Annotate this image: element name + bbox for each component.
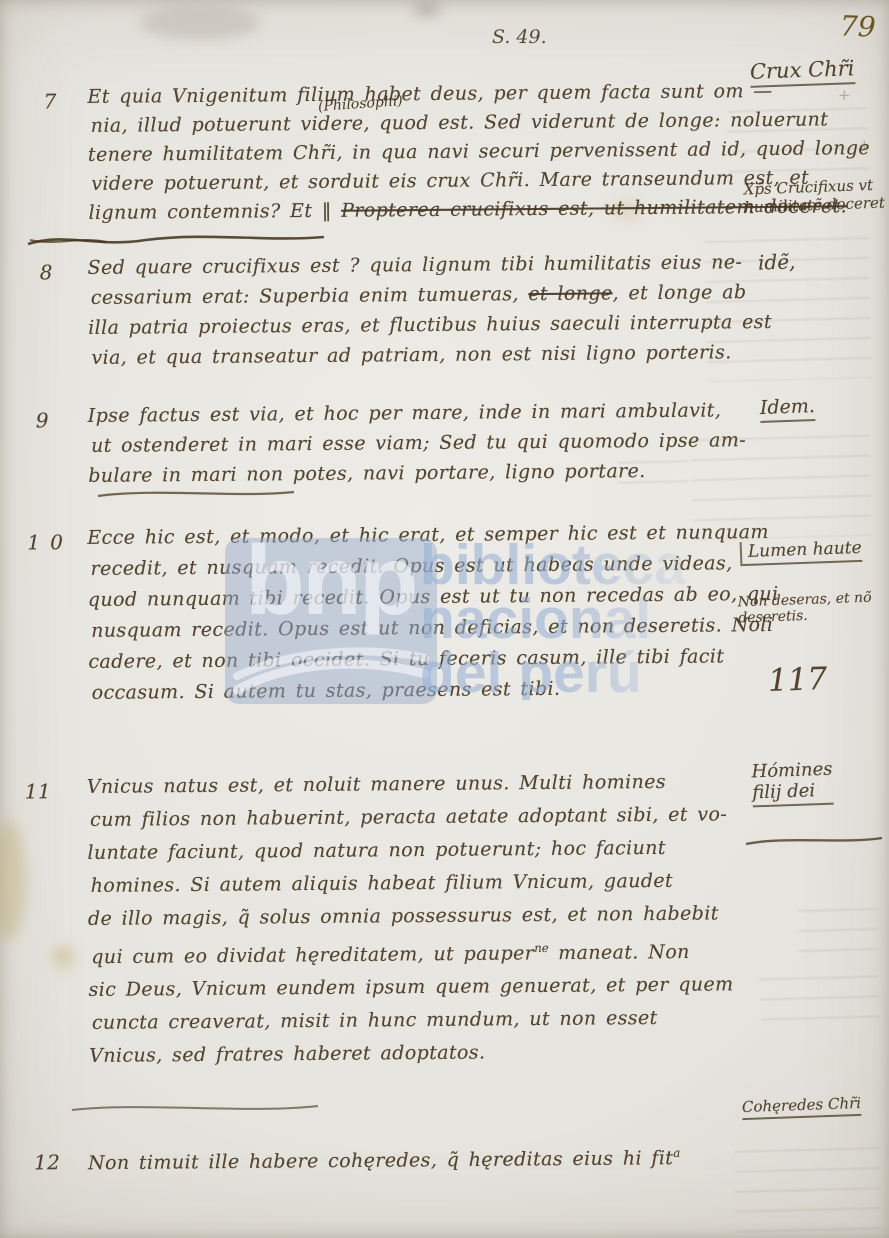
paragraph-number: 8 [40, 257, 53, 287]
margin-note-plus-mark: + [858, 136, 871, 154]
manuscript-line: sic Deus, Vnicum eundem ipsum quem genue… [88, 968, 760, 1007]
text-segment: de illo magis, q̃ solus omnia possessuru… [88, 902, 719, 930]
margin-note-non-deseras: Non deseras, et nõdeseretis. [737, 590, 872, 627]
text-segment: ut ostenderet in mari esse viam; Sed tu … [91, 429, 746, 457]
text-segment: a [673, 1146, 680, 1160]
text-segment: , et longe ab [613, 281, 747, 304]
margin-note-line: deseretis. [738, 606, 872, 627]
manuscript-scan: S. 49. 79 7Et quia Vnigenitum filium hab… [0, 0, 889, 1238]
bleedthrough-text [759, 966, 879, 1035]
margin-note-crux-christi: Crux Chr̃i [750, 56, 855, 88]
paragraph-7: 7Et quia Vnigenitum filium habet deus, p… [87, 77, 760, 228]
underline-flourish [96, 486, 296, 500]
paper-stain [414, 0, 440, 18]
text-segment: maneat. Non [549, 941, 690, 964]
section-heading: S. 49. [492, 26, 547, 48]
text-segment: bulare in mari non potes, navi portare, … [88, 460, 646, 487]
text-segment: Vnicus, sed fratres haberet adoptatos. [89, 1042, 485, 1067]
margin-note-lumen: Lumen haute [740, 538, 862, 566]
margin-note-line: humilitatẽ doceret [744, 194, 885, 217]
paragraph-8: 8Sed quare crucifixus est ? quia lignum … [87, 247, 760, 373]
bleedthrough-text [797, 899, 879, 963]
crossout-flourish [26, 230, 326, 250]
margin-note-idem-flourish: idẽ, [758, 249, 796, 274]
text-segment: sic Deus, Vnicum eundem ipsum quem genue… [89, 974, 734, 1002]
text-segment: Vnicus natus est, et noluit manere unus.… [87, 771, 666, 798]
margin-note-crucifixus: Xp̃s Crucifixus vthumilitatẽ doceret [743, 176, 885, 217]
text-segment: cessarium erat: Superbia enim tumueras, [91, 283, 529, 309]
struck-text: et longe [528, 282, 612, 305]
bnp-watermark: bnp biblioteca nacional del perú [225, 538, 705, 710]
text-segment: Sed quare crucifixus est ? quia lignum t… [88, 251, 743, 279]
paragraph-number: 11 [25, 775, 52, 808]
text-segment: cuncta creaverat, misit in hunc mundum, … [92, 1007, 658, 1034]
text-segment: tenere humilitatem Chr̃i, in qua navi se… [88, 137, 870, 166]
margin-note-line: Hómines [751, 759, 833, 783]
paragraph-number: 12 [34, 1147, 61, 1177]
paragraph-number: 1 0 [27, 527, 63, 558]
paragraph-number: 7 [43, 87, 56, 116]
paragraph-9: 9Ipse factus est via, et hoc per mare, i… [88, 395, 761, 491]
margin-note-number: 117 [767, 661, 827, 699]
bnp-swoosh-icon [231, 638, 431, 700]
text-segment: homines. Si autem aliquis habeat filium … [91, 870, 674, 897]
watermark-line: del perú [420, 646, 686, 700]
text-segment: illa patria proiectus eras, et fluctibus… [88, 311, 772, 339]
text-segment: videre potuerunt, et sorduit eis crux Ch… [91, 167, 809, 195]
watermark-line: biblioteca [420, 538, 686, 592]
manuscript-line: via, et qua transeatur ad patriam, non e… [91, 337, 760, 373]
text-segment: Non timuit ille habere cohęredes, q̃ hęr… [88, 1147, 673, 1174]
text-segment: nia, illud potuerunt videre, quod est. S… [91, 108, 829, 136]
text-segment: cum filios non habuerint, peracta aetate… [90, 803, 727, 831]
text-segment: via, et qua transeatur ad patriam, non e… [91, 341, 731, 369]
manuscript-line: Vnicus, sed fratres haberet adoptatos. [89, 1034, 761, 1073]
paper-stain [52, 946, 74, 968]
text-segment: luntate faciunt, quod natura non potueru… [87, 837, 666, 864]
paper-stain [0, 820, 26, 940]
text-segment: ne [534, 941, 549, 955]
manuscript-line: ut ostenderet in mari esse viam; Sed tu … [91, 425, 760, 461]
manuscript-line: lignum contemnis? Et ‖ Propterea crucifi… [88, 193, 760, 228]
margin-note-coheredes: Cohęredes Chr̃i [742, 1094, 862, 1120]
watermark-line: nacional [420, 592, 686, 646]
margin-note-plus-mark: + [838, 86, 851, 104]
underline-flourish [70, 1100, 320, 1116]
text-segment: lignum contemnis? Et ‖ [88, 200, 341, 224]
manuscript-line: Non timuit ille habere cohęredes, q̃ hęr… [88, 1137, 760, 1178]
margin-note-idem: Idem. [760, 395, 816, 423]
margin-note-line: filij dei [752, 780, 834, 804]
bnp-logo-text: bnp [245, 524, 416, 637]
paper-stain [140, 6, 260, 40]
underline-flourish [744, 832, 884, 848]
paragraph-number: 9 [36, 405, 49, 435]
paragraph-11: 11Vnicus natus est, et noluit manere unu… [87, 765, 762, 1073]
bnp-logo: bnp [225, 538, 437, 704]
folio-number: 79 [839, 9, 876, 43]
bnp-watermark-text: biblioteca nacional del perú [420, 538, 686, 700]
paragraph-12: 12Non timuit ille habere cohęredes, q̃ h… [88, 1137, 760, 1178]
text-segment: Ipse factus est via, et hoc per mare, in… [88, 399, 722, 427]
text-segment: qui cum eo dividat hęreditatem, ut paupe… [91, 942, 534, 968]
text-segment: Et quia Vnigenitum filium habet deus, pe… [87, 80, 772, 108]
manuscript-line: qui cum eo dividat hęreditatem, ut paupe… [91, 930, 760, 974]
margin-note-homines: Hóminesfilij dei [751, 759, 833, 808]
